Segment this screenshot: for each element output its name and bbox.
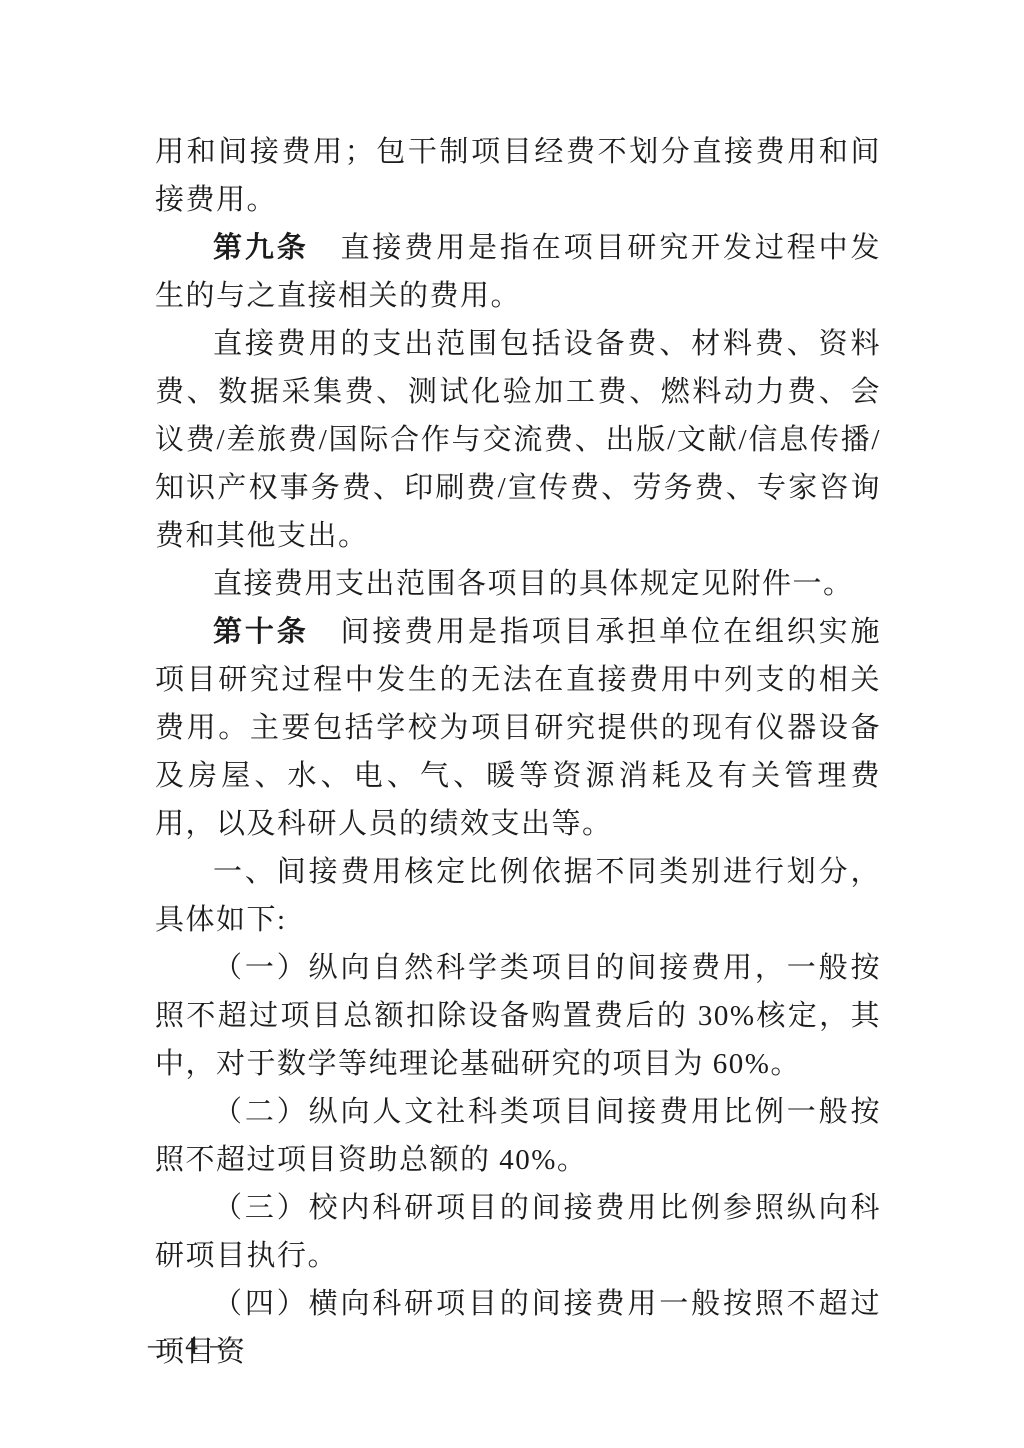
paragraph: （三）校内科研项目的间接费用比例参照纵向科研项目执行。 [155, 1184, 881, 1280]
document-page: 用和间接费用；包干制项目经费不划分直接费用和间接费用。 第九条 直接费用是指在项… [0, 0, 1024, 1448]
paragraph-text: 直接费用的支出范围包括设备费、材料费、资料费、数据采集费、测试化验加工费、燃料动… [155, 328, 881, 552]
paragraph: 第十条 间接费用是指项目承担单位在组织实施项目研究过程中发生的无法在直接费用中列… [155, 608, 881, 848]
paragraph-text: （三）校内科研项目的间接费用比例参照纵向科研项目执行。 [155, 1192, 881, 1272]
paragraph: （四）横向科研项目的间接费用一般按照不超过项目资 [155, 1280, 881, 1376]
paragraph-text: 用和间接费用；包干制项目经费不划分直接费用和间接费用。 [155, 136, 881, 216]
paragraph: 用和间接费用；包干制项目经费不划分直接费用和间接费用。 [155, 128, 881, 224]
paragraph: （一）纵向自然科学类项目的间接费用，一般按照不超过项目总额扣除设备购置费后的 3… [155, 944, 881, 1088]
paragraph: 第九条 直接费用是指在项目研究开发过程中发生的与之直接相关的费用。 [155, 224, 881, 320]
paragraph: 一、间接费用核定比例依据不同类别进行划分，具体如下: [155, 848, 881, 944]
paragraph: （二）纵向人文社科类项目间接费用比例一般按照不超过项目资助总额的 40%。 [155, 1088, 881, 1184]
page-number: — 4 — [148, 1332, 238, 1359]
paragraph: 直接费用的支出范围包括设备费、材料费、资料费、数据采集费、测试化验加工费、燃料动… [155, 320, 881, 560]
paragraph-text: （四）横向科研项目的间接费用一般按照不超过项目资 [155, 1288, 881, 1368]
paragraph-text: （一）纵向自然科学类项目的间接费用，一般按照不超过项目总额扣除设备购置费后的 3… [155, 952, 881, 1080]
paragraph-text: （二）纵向人文社科类项目间接费用比例一般按照不超过项目资助总额的 40%。 [155, 1096, 881, 1176]
page-footer: — 4 — [148, 1332, 238, 1360]
paragraph-text: 间接费用是指项目承担单位在组织实施项目研究过程中发生的无法在直接费用中列支的相关… [155, 616, 881, 840]
paragraph-text: 直接费用支出范围各项目的具体规定见附件一。 [213, 568, 854, 600]
paragraph-text: 一、间接费用核定比例依据不同类别进行划分，具体如下: [155, 856, 881, 936]
paragraph: 直接费用支出范围各项目的具体规定见附件一。 [155, 560, 881, 608]
article-heading-9: 第九条 [213, 232, 309, 264]
document-body: 用和间接费用；包干制项目经费不划分直接费用和间接费用。 第九条 直接费用是指在项… [155, 128, 881, 1376]
article-heading-10: 第十条 [213, 616, 309, 648]
